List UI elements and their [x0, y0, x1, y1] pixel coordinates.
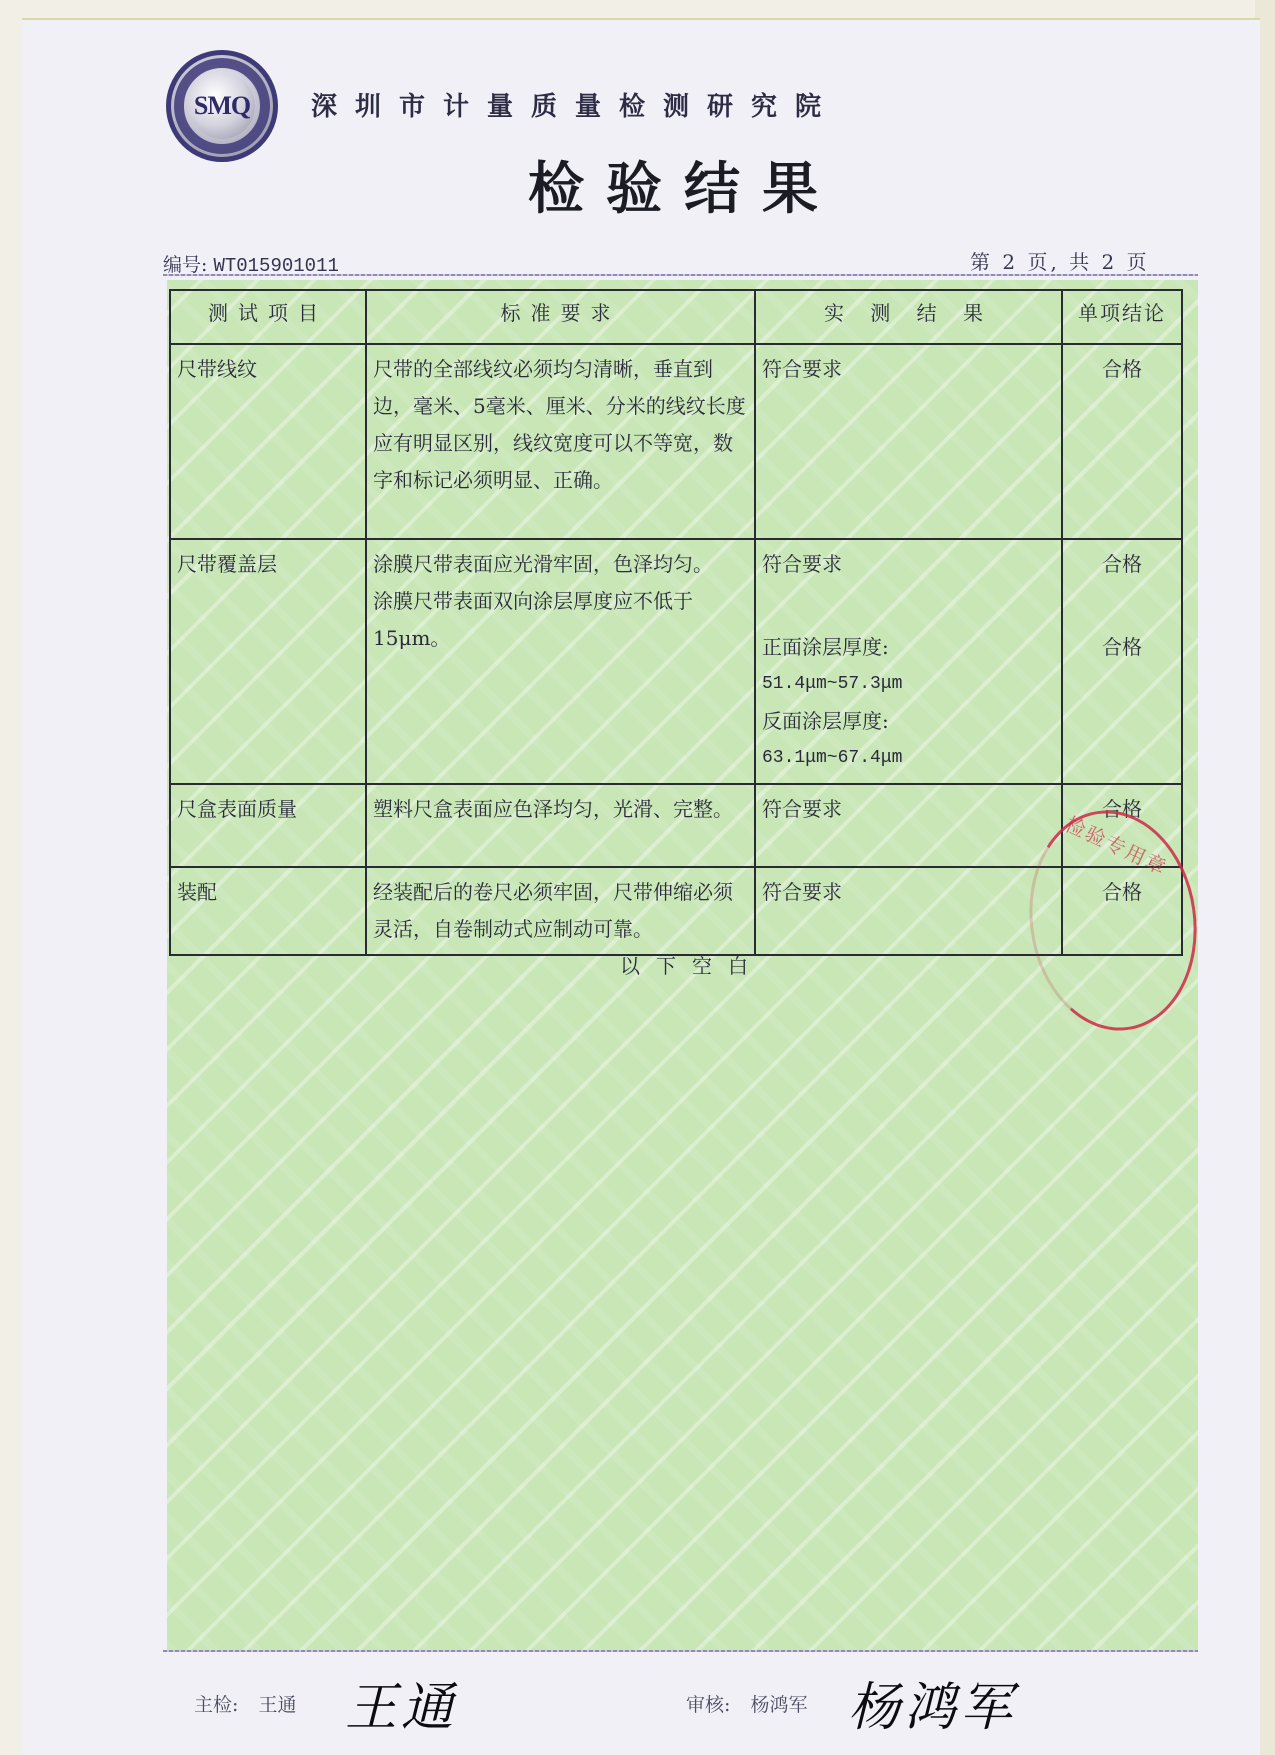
- inspector-name: 王通: [258, 1694, 296, 1716]
- logo-text: SMQ: [194, 91, 250, 121]
- conclusion: 合格 合格: [1062, 539, 1182, 784]
- conclusion: 合格: [1062, 867, 1182, 955]
- report-number-label: 编号:: [163, 254, 207, 276]
- header-result: 实 测 结 果: [755, 290, 1062, 344]
- logo-badge: SMQ: [189, 73, 255, 139]
- results-table: 测试项目 标准要求 实 测 结 果 单项结论 尺带线纹 尺带的全部线纹必须均匀清…: [169, 289, 1183, 956]
- conclusion-line: 合格: [1069, 546, 1175, 629]
- requirement-line: 涂膜尺带表面双向涂层厚度应不低于15μm。: [373, 583, 748, 657]
- result: 符合要求: [755, 344, 1062, 539]
- reviewer-name: 杨鸿军: [750, 1694, 807, 1716]
- result-value: 51.4μm~57.3μm: [762, 666, 1055, 703]
- result: 符合要求: [755, 867, 1062, 955]
- requirement: 尺带的全部线纹必须均匀清晰，垂直到边，毫米、5毫米、厘米、分米的线纹长度应有明显…: [366, 344, 755, 539]
- table-row: 尺带线纹 尺带的全部线纹必须均匀清晰，垂直到边，毫米、5毫米、厘米、分米的线纹长…: [170, 344, 1182, 539]
- inspector-field: 主检: 王通: [194, 1690, 296, 1717]
- header-conclusion: 单项结论: [1062, 290, 1182, 344]
- smq-logo: SMQ: [166, 50, 278, 162]
- result-line: 反面涂层厚度:: [762, 703, 1055, 740]
- table-row: 尺带覆盖层 涂膜尺带表面应光滑牢固，色泽均匀。 涂膜尺带表面双向涂层厚度应不低于…: [170, 539, 1182, 784]
- requirement: 经装配后的卷尺必须牢固，尺带伸缩必须灵活，自卷制动式应制动可靠。: [366, 867, 755, 955]
- page-indicator: 第 2 页, 共 2 页: [970, 246, 1150, 275]
- reviewer-label: 审核:: [686, 1694, 730, 1716]
- reviewer-signature: 杨鸿军: [848, 1665, 1016, 1740]
- result-line: 正面涂层厚度:: [762, 629, 1055, 666]
- conclusion: 合格: [1062, 344, 1182, 539]
- organization-name: 深圳市计量质量检测研究院: [311, 86, 839, 123]
- test-item: 尺带覆盖层: [170, 539, 366, 784]
- test-item: 尺带线纹: [170, 344, 366, 539]
- end-of-table-note: 以下空白: [620, 950, 764, 979]
- table-header-row: 测试项目 标准要求 实 测 结 果 单项结论: [170, 290, 1182, 344]
- conclusion: 合格: [1062, 784, 1182, 867]
- document-title: 检验结果: [528, 145, 840, 225]
- result-line: 符合要求: [762, 546, 1055, 583]
- requirement-line: 涂膜尺带表面应光滑牢固，色泽均匀。: [373, 546, 748, 583]
- header-test-item: 测试项目: [170, 290, 366, 344]
- report-number: 编号: WT015901011: [163, 250, 339, 277]
- requirement: 涂膜尺带表面应光滑牢固，色泽均匀。 涂膜尺带表面双向涂层厚度应不低于15μm。: [366, 539, 755, 784]
- top-divider: [163, 274, 1198, 276]
- result: 符合要求: [755, 784, 1062, 867]
- inspector-signature: 王通: [345, 1665, 457, 1740]
- test-item: 尺盒表面质量: [170, 784, 366, 867]
- inspector-label: 主检:: [194, 1694, 238, 1716]
- result: 符合要求 正面涂层厚度: 51.4μm~57.3μm 反面涂层厚度: 63.1μ…: [755, 539, 1062, 784]
- table-row: 装配 经装配后的卷尺必须牢固，尺带伸缩必须灵活，自卷制动式应制动可靠。 符合要求…: [170, 867, 1182, 955]
- header-requirement: 标准要求: [366, 290, 755, 344]
- test-item: 装配: [170, 867, 366, 955]
- conclusion-line: 合格: [1069, 629, 1175, 666]
- table-row: 尺盒表面质量 塑料尺盒表面应色泽均匀，光滑、完整。 符合要求 合格: [170, 784, 1182, 867]
- requirement: 塑料尺盒表面应色泽均匀，光滑、完整。: [366, 784, 755, 867]
- result-value: 63.1μm~67.4μm: [762, 740, 1055, 777]
- bottom-divider: [163, 1650, 1198, 1652]
- reviewer-field: 审核: 杨鸿军: [686, 1690, 807, 1717]
